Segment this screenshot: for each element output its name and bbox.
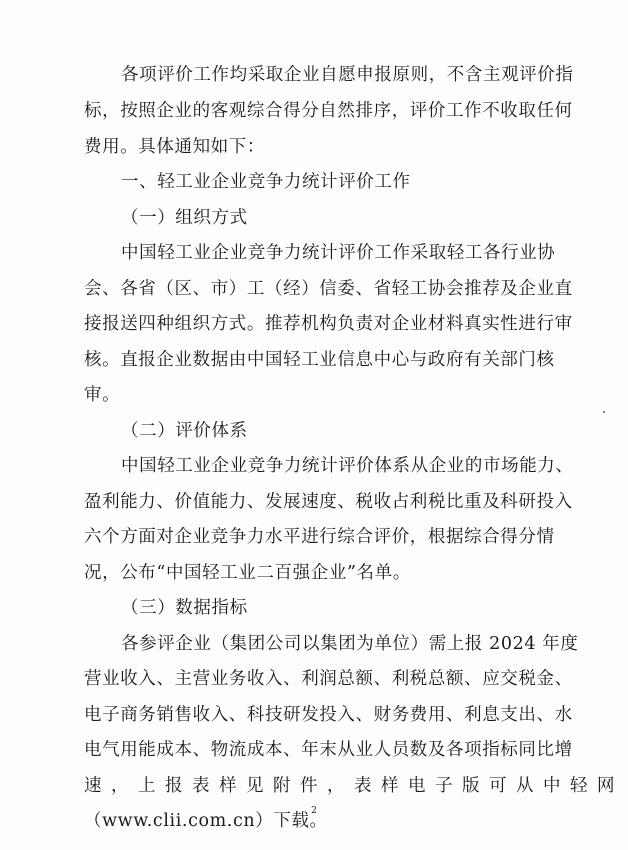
paragraph-line: 中国轻工业企业竞争力统计评价工作采取轻工各行业协: [121, 242, 555, 264]
intro-line-2: 标，按照企业的客观综合得分自然排序，评价工作不收取任何: [84, 100, 573, 122]
paragraph-line: 会、各省（区、市）工（经）信委、省轻工协会推荐及企业直: [84, 278, 573, 300]
intro-line-3: 费用。具体通知如下：: [84, 136, 265, 158]
paragraph-line: 电子商务销售收入、科技研发投入、财务费用、利息支出、水: [84, 704, 573, 726]
scan-speck: [603, 411, 605, 413]
section-heading: 一、轻工业企业竞争力统计评价工作: [121, 171, 411, 193]
paragraph-line: 盈利能力、价值能力、发展速度、税收占利税比重及科研投入: [84, 491, 573, 513]
paragraph-line: 接报送四种组织方式。推荐机构负责对企业材料真实性进行审: [84, 313, 573, 335]
document-page: 各项评价工作均采取企业自愿申报原则，不含主观评价指 标，按照企业的客观综合得分自…: [0, 0, 628, 850]
paragraph-line: 营业收入、主营业务收入、利润总额、利税总额、应交税金、: [84, 668, 573, 690]
paragraph-line: 速，上报表样见附件，表样电子版可从中轻网: [84, 775, 624, 797]
page-number: 2: [0, 806, 628, 816]
paragraph-line: 六个方面对企业竞争力水平进行综合评价，根据综合得分情: [84, 526, 555, 548]
paragraph-line: 电气用能成本、物流成本、年末从业人员数及各项指标同比增: [84, 739, 573, 761]
paragraph-line: 中国轻工业企业竞争力统计评价体系从企业的市场能力、: [121, 455, 574, 477]
paragraph-line: 审。: [84, 384, 120, 406]
paragraph-line: 核。直报企业数据由中国轻工业信息中心与政府有关部门核: [84, 349, 555, 371]
subsection-title-evaluation-system: （二）评价体系: [121, 420, 248, 442]
paragraph-line: 况，公布“中国轻工业二百强企业”名单。: [84, 562, 411, 584]
paragraph-line: 各参评企业（集团公司以集团为单位）需上报 2024 年度: [121, 633, 578, 655]
subsection-title-organization: （一）组织方式: [121, 207, 248, 229]
subsection-title-data-indicators: （三）数据指标: [121, 597, 248, 619]
intro-line-1: 各项评价工作均采取企业自愿申报原则，不含主观评价指: [121, 64, 574, 86]
